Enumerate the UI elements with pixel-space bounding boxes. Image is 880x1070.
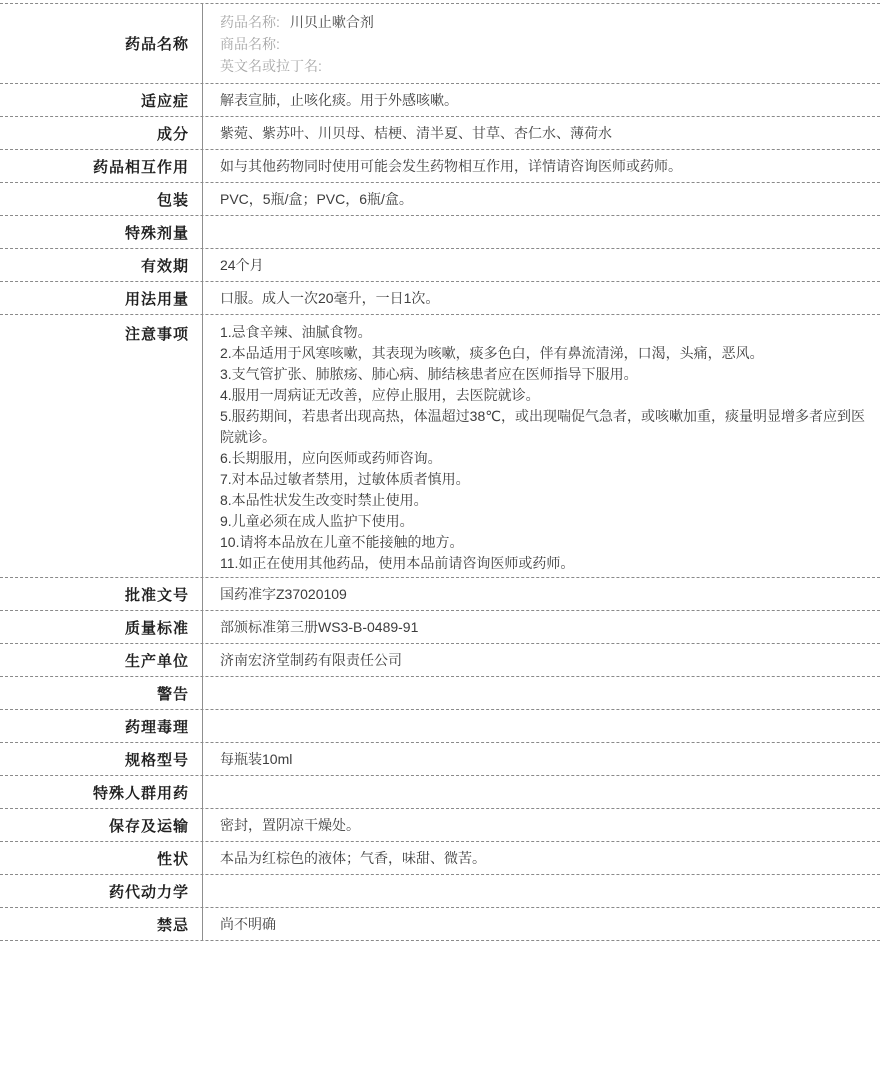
- table-row-special-populations: 特殊人群用药: [0, 776, 880, 809]
- sub-label: 商品名称:: [220, 36, 280, 52]
- precaution-item: 8.本品性状发生改变时禁止使用。: [220, 490, 870, 511]
- precaution-item: 10.请将本品放在儿童不能接触的地方。: [220, 532, 870, 553]
- table-row-warning: 警告: [0, 677, 880, 710]
- drug-info-page: 药品名称 药品名称:川贝止嗽合剂 商品名称: 英文名或拉丁名: 适应症 解表宣肺…: [0, 3, 880, 1070]
- row-value: [203, 710, 880, 742]
- row-value: 每瓶装10ml: [203, 743, 880, 775]
- table-row-contraindications: 禁忌 尚不明确: [0, 908, 880, 941]
- table-row-specification: 规格型号 每瓶装10ml: [0, 743, 880, 776]
- table-row-drug-name: 药品名称 药品名称:川贝止嗽合剂 商品名称: 英文名或拉丁名:: [0, 4, 880, 84]
- table-row-special-dose: 特殊剂量: [0, 216, 880, 249]
- precaution-item: 7.对本品过敏者禁用，过敏体质者慎用。: [220, 469, 870, 490]
- table-row-pharmacokinetics: 药代动力学: [0, 875, 880, 908]
- sub-value: 川贝止嗽合剂: [290, 14, 374, 30]
- row-value: 部颁标准第三册WS3-B-0489-91: [203, 611, 880, 643]
- precaution-item: 2.本品适用于风寒咳嗽，其表现为咳嗽，痰多色白，伴有鼻流清涕，口渴，头痛，恶风。: [220, 343, 870, 364]
- precaution-item: 9.儿童必须在成人监护下使用。: [220, 511, 870, 532]
- row-value: 24个月: [203, 249, 880, 281]
- table-row-ingredients: 成分 紫菀、紫苏叶、川贝母、桔梗、清半夏、甘草、杏仁水、薄荷水: [0, 117, 880, 150]
- table-row-dosage: 用法用量 口服。成人一次20毫升，一日1次。: [0, 282, 880, 315]
- row-value: [203, 216, 880, 248]
- row-label: 药品名称: [0, 4, 203, 83]
- drug-info-table: 药品名称 药品名称:川贝止嗽合剂 商品名称: 英文名或拉丁名: 适应症 解表宣肺…: [0, 3, 880, 941]
- precaution-item: 11.如正在使用其他药品，使用本品前请咨询医师或药师。: [220, 553, 870, 574]
- drug-name-line: 药品名称:川贝止嗽合剂: [220, 11, 374, 33]
- row-value: 尚不明确: [203, 908, 880, 940]
- row-value: 济南宏济堂制药有限责任公司: [203, 644, 880, 676]
- table-row-packaging: 包装 PVC，5瓶/盒；PVC，6瓶/盒。: [0, 183, 880, 216]
- row-label: 用法用量: [0, 282, 203, 314]
- table-row-approval-number: 批准文号 国药准字Z37020109: [0, 578, 880, 611]
- row-value: 口服。成人一次20毫升，一日1次。: [203, 282, 880, 314]
- row-label: 性状: [0, 842, 203, 874]
- row-value: PVC，5瓶/盒；PVC，6瓶/盒。: [203, 183, 880, 215]
- row-value: 本品为红棕色的液体；气香，味甜、微苦。: [203, 842, 880, 874]
- table-row-pharmacology-toxicology: 药理毒理: [0, 710, 880, 743]
- table-row-description: 性状 本品为红棕色的液体；气香，味甜、微苦。: [0, 842, 880, 875]
- row-label: 成分: [0, 117, 203, 149]
- row-value: [203, 875, 880, 907]
- row-value: 药品名称:川贝止嗽合剂 商品名称: 英文名或拉丁名:: [203, 4, 880, 83]
- row-label: 批准文号: [0, 578, 203, 610]
- row-value: 国药准字Z37020109: [203, 578, 880, 610]
- row-label: 特殊人群用药: [0, 776, 203, 808]
- table-row-interactions: 药品相互作用 如与其他药物同时使用可能会发生药物相互作用，详情请咨询医师或药师。: [0, 150, 880, 183]
- row-label: 质量标准: [0, 611, 203, 643]
- precaution-item: 5.服药期间，若患者出现高热，体温超过38℃，或出现喘促气急者，或咳嗽加重，痰量…: [220, 406, 870, 448]
- row-value: [203, 776, 880, 808]
- row-value: 1.忌食辛辣、油腻食物。 2.本品适用于风寒咳嗽，其表现为咳嗽，痰多色白，伴有鼻…: [203, 315, 880, 577]
- table-row-precautions: 注意事项 1.忌食辛辣、油腻食物。 2.本品适用于风寒咳嗽，其表现为咳嗽，痰多色…: [0, 315, 880, 578]
- row-label: 注意事项: [0, 315, 203, 577]
- sub-label: 英文名或拉丁名:: [220, 58, 322, 74]
- table-row-storage-transport: 保存及运输 密封，置阴凉干燥处。: [0, 809, 880, 842]
- row-value: 如与其他药物同时使用可能会发生药物相互作用，详情请咨询医师或药师。: [203, 150, 880, 182]
- row-label: 规格型号: [0, 743, 203, 775]
- row-label: 保存及运输: [0, 809, 203, 841]
- row-label: 特殊剂量: [0, 216, 203, 248]
- row-value: 解表宣肺，止咳化痰。用于外感咳嗽。: [203, 84, 880, 116]
- trade-name-line: 商品名称:: [220, 33, 290, 55]
- row-label: 药理毒理: [0, 710, 203, 742]
- row-label: 警告: [0, 677, 203, 709]
- precaution-item: 6.长期服用，应向医师或药师咨询。: [220, 448, 870, 469]
- table-row-quality-standard: 质量标准 部颁标准第三册WS3-B-0489-91: [0, 611, 880, 644]
- row-label: 药品相互作用: [0, 150, 203, 182]
- sub-label: 药品名称:: [220, 14, 280, 30]
- row-value: 密封，置阴凉干燥处。: [203, 809, 880, 841]
- table-row-shelf-life: 有效期 24个月: [0, 249, 880, 282]
- row-label: 生产单位: [0, 644, 203, 676]
- row-label: 包装: [0, 183, 203, 215]
- row-label: 药代动力学: [0, 875, 203, 907]
- english-name-line: 英文名或拉丁名:: [220, 55, 332, 77]
- row-label: 适应症: [0, 84, 203, 116]
- row-label: 有效期: [0, 249, 203, 281]
- precaution-item: 1.忌食辛辣、油腻食物。: [220, 322, 870, 343]
- precaution-item: 4.服用一周病证无改善，应停止服用，去医院就诊。: [220, 385, 870, 406]
- row-value: 紫菀、紫苏叶、川贝母、桔梗、清半夏、甘草、杏仁水、薄荷水: [203, 117, 880, 149]
- table-row-manufacturer: 生产单位 济南宏济堂制药有限责任公司: [0, 644, 880, 677]
- table-row-indications: 适应症 解表宣肺，止咳化痰。用于外感咳嗽。: [0, 84, 880, 117]
- precaution-item: 3.支气管扩张、肺脓疡、肺心病、肺结核患者应在医师指导下服用。: [220, 364, 870, 385]
- row-value: [203, 677, 880, 709]
- row-label: 禁忌: [0, 908, 203, 940]
